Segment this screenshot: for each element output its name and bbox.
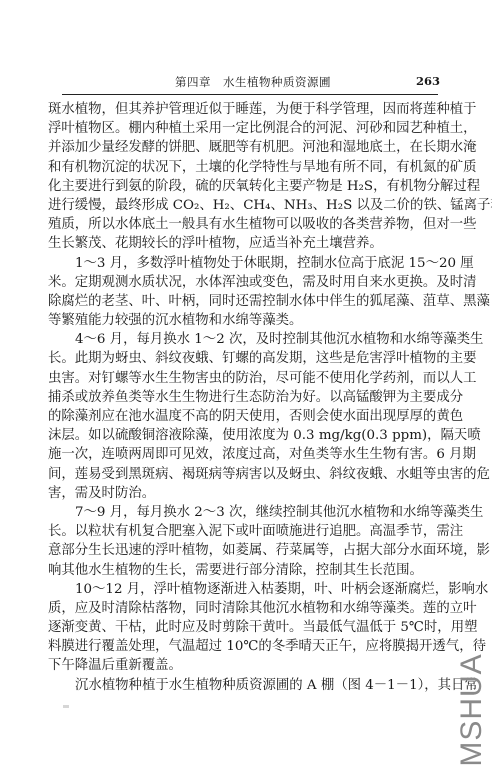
text-line: 等繁殖能力较强的沉水植物和水绵等藻类。 (48, 311, 448, 330)
text-line: 除腐烂的老茎、叶、叶柄，同时还需控制水体中伴生的狐尾藻、菹草、黑藻 (48, 292, 448, 311)
text-line: 殖质，所以水体底土一般具有水生植物可以吸收的各类营养物，但对一些 (48, 215, 448, 234)
text-line: 斑水植物，但其养护管理近似于睡莲，为便于科学管理，因而将莲种植于 (48, 100, 448, 119)
text-line: 长。以粒状有机复合肥塞入泥下或叶面喷施进行追肥。高温季节，需注 (48, 522, 448, 541)
text-line: 虫害。对钉螺等水生生物害虫的防治，尽可能不使用化学药剂，而以人工 (48, 369, 448, 388)
text-line: 进行缓慢，最终形成 CO₂、H₂、CH₄、NH₃、H₂S 以及二价的铁、锰离子和… (48, 196, 448, 215)
text-line: 捕杀或放养鱼类等水生生物进行生态防治为好。以高锰酸钾为主要成分 (48, 388, 448, 407)
text-line: 响其他水生植物的生长，需要进行部分清除，控制其生长范围。 (48, 561, 448, 580)
body-text: 斑水植物，但其养护管理近似于睡莲，为便于科学管理，因而将莲种植于浮叶植物区。棚内… (48, 100, 448, 695)
text-line: 逐渐变黄、干枯，此时应及时剪除干黄叶。当最低气温低于 5℃时，用塑 (48, 618, 448, 637)
page-number: 263 (416, 74, 440, 88)
text-line: 4～6 月，每月换水 1～2 次，及时控制其他沉水植物和水绵等藻类生 (48, 330, 448, 349)
text-line: 料膜进行覆盖处理，气温超过 10℃的冬季晴天正午，应将膜揭开透气，待 (48, 637, 448, 656)
text-line: 7～9 月，每月换水 2～3 次，继续控制其他沉水植物和水绵等藻类生 (48, 503, 448, 522)
text-line: 生长繁茂、花期较长的浮叶植物，应适当补充土壤营养。 (48, 234, 448, 253)
watermark-text: MSHUA (455, 653, 489, 766)
text-line: 10～12 月，浮叶植物逐渐进入枯萎期，叶、叶柄会逐渐腐烂，影响水 (48, 580, 448, 599)
text-line: 浮叶植物区。棚内种植土采用一定比例混合的河泥、河砂和园艺种植土， (48, 119, 448, 138)
text-line: 的除藻剂应在池水温度不高的阴天使用，否则会使水面出现厚厚的黄色 (48, 407, 448, 426)
header-rule (62, 94, 438, 95)
chapter-title: 第四章 水生植物种质资源圃 (175, 74, 331, 90)
text-line: 长。此期为蚜虫、斜纹夜蛾、钉螺的高发期，这些是危害浮叶植物的主要 (48, 349, 448, 368)
text-line: 质，应及时清除枯落物，同时清除其他沉水植物和水绵等藻类。莲的立叶 (48, 599, 448, 618)
text-line: 间，莲易受到黑斑病、褐斑病等病害以及蚜虫、斜纹夜蛾、水蛆等虫害的危 (48, 465, 448, 484)
text-line: 害，需及时防治。 (48, 484, 448, 503)
text-line: 和有机物沉淀的状况下，土壤的化学特性与旱地有所不同，有机氮的矿质 (48, 158, 448, 177)
text-line: 米。定期观测水质状况，水体浑浊或变色，需及时用自来水更换。及时清 (48, 273, 448, 292)
text-line: 化主要进行到氨的阶段，硫的厌氧转化主要产物是 H₂S，有机物分解过程 (48, 177, 448, 196)
text-line: 施一次，连喷两周即可见效，浓度过高，对鱼类等水生生物有害。6 月期 (48, 445, 448, 464)
running-header: 第四章 水生植物种质资源圃 263 (60, 72, 440, 90)
text-line: 沉水植物种植于水生植物种质资源圃的 A 棚（图 4－1－1），其日常 (48, 676, 448, 695)
text-line: 下午降温后重新覆盖。 (48, 656, 448, 675)
text-line: 1～3 月，多数浮叶植物处于休眠期，控制水位高于底泥 15～20 厘 (48, 254, 448, 273)
text-line: 意部分生长迅速的浮叶植物，如菱属、荇菜属等，占据大部分水面环境，影 (48, 541, 448, 560)
watermark: MSHUA (452, 650, 492, 770)
scan-speck (63, 705, 69, 708)
text-line: 并添加少量经发酵的饼肥、厩肥等有机肥。河池和湿地底土，在长期水淹 (48, 138, 448, 157)
text-line: 沫层。如以硫酸铜溶液除藻，使用浓度为 0.3 mg/kg(0.3 ppm)，隔天… (48, 426, 448, 445)
